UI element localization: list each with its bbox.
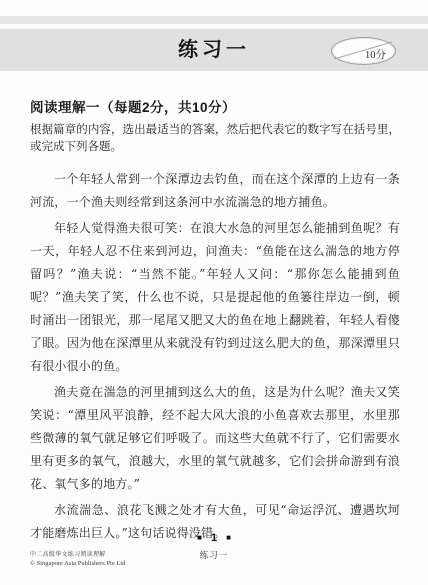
score-badge-text: 10分 [365,47,386,62]
page-number: 1 [211,533,217,544]
section-heading: 阅读理解一（每题2分，共10分） [30,96,400,116]
score-badge: 10分 [331,37,396,65]
reading-passage: 一个年轻人常到一个深潭边去钓鱼，而在这个深潭的上边有一条河流，一个渔夫则经常到这… [30,168,400,545]
instructions-text: 根据篇章的内容，选出最适当的答案，然后把代表它的数字写在括号里，或完成下列各题。 [30,122,400,155]
page-marker-left-icon: ■ [197,534,202,542]
page-marker-right-icon: ■ [226,534,231,542]
exercise-header: 练习一 10分 [0,29,428,71]
content-area: 阅读理解一（每题2分，共10分） 根据篇章的内容，选出最适当的答案，然后把代表它… [30,96,400,548]
page-number-row: ■ 1 ■ [197,533,231,544]
passage-paragraph-2: 年轻人觉得渔夫很可笑：在浪大水急的河里怎么能捕到鱼呢？有一天，年轻人忍不住来到河… [30,217,400,378]
passage-paragraph-1: 一个年轻人常到一个深潭边去钓鱼，而在这个深潭的上边有一条河流，一个渔夫则经常到这… [30,168,400,214]
top-decorative-strip [0,16,428,24]
footer-left: 中二高级华文练习阅读理解 © Singapore Asia Publishers… [30,549,125,567]
document-page: 练习一 10分 阅读理解一（每题2分，共10分） 根据篇章的内容，选出最适当的答… [0,0,428,585]
footer-copyright: © Singapore Asia Publishers Pte Ltd [30,560,125,567]
footer-book-title: 中二高级华文练习阅读理解 [30,549,125,558]
passage-paragraph-3: 渔夫竟在湍急的河里捕到这么大的鱼，这是为什么呢？渔夫又笑笑说：“潭里风平浪静，经… [30,381,400,496]
